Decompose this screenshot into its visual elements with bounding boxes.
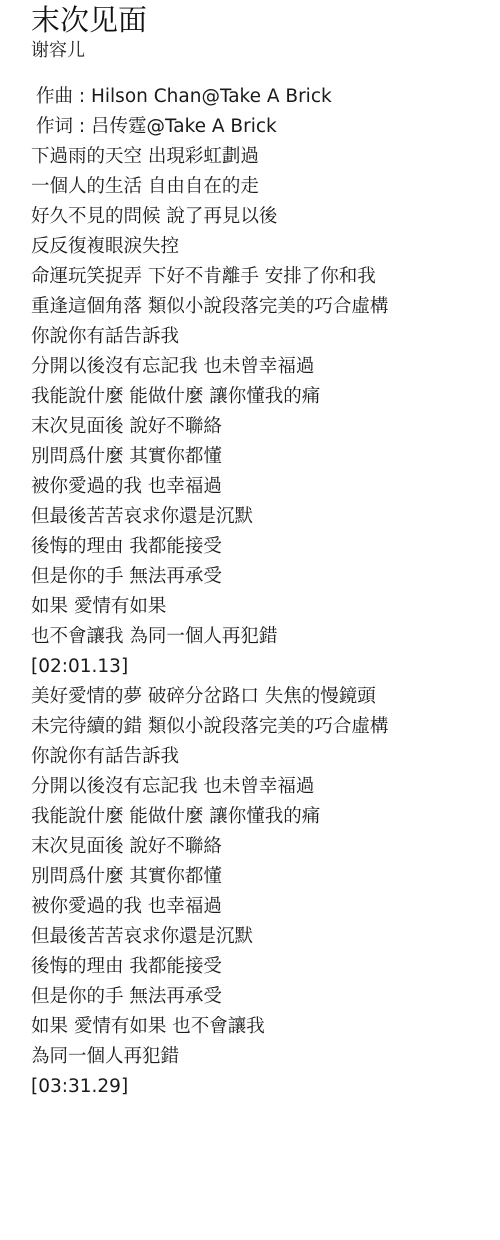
lyric-line: 別問爲什麼 其實你都懂 [31, 442, 491, 472]
lyric-line: 但是你的手 無法再承受 [31, 562, 491, 592]
lyric-line: 重逢這個角落 類似小說段落完美的巧合虛構 [31, 292, 491, 322]
lyric-line: 好久不見的問候 說了再見以後 [31, 202, 491, 232]
credit-lyricist: 作词 : 吕传霆@Take A Brick [31, 112, 491, 142]
timestamp: [03:31.29] [31, 1072, 491, 1102]
lyric-line: 我能說什麼 能做什麼 讓你懂我的痛 [31, 802, 491, 832]
credit-composer: 作曲 : Hilson Chan@Take A Brick [31, 82, 491, 112]
lyric-line: 分開以後沒有忘記我 也未曾幸福過 [31, 772, 491, 802]
lyric-line: 命運玩笑捉弄 下好不肯離手 安排了你和我 [31, 262, 491, 292]
lyric-line: 反反復複眼淚失控 [31, 232, 491, 262]
song-title: 末次见面 [31, 2, 491, 38]
lyric-line: 也不會讓我 為同一個人再犯錯 [31, 622, 491, 652]
lyric-line: 一個人的生活 自由自在的走 [31, 172, 491, 202]
lyric-line: 未完待續的錯 類似小說段落完美的巧合虛構 [31, 712, 491, 742]
lyric-line: 為同一個人再犯錯 [31, 1042, 491, 1072]
lyric-line: 美好愛情的夢 破碎分岔路口 失焦的慢鏡頭 [31, 682, 491, 712]
lyrics-body: 作曲 : Hilson Chan@Take A Brick 作词 : 吕传霆@T… [31, 82, 491, 1102]
lyric-line: 後悔的理由 我都能接受 [31, 952, 491, 982]
lyric-line: 但最後苦苦哀求你還是沉默 [31, 922, 491, 952]
lyric-line: 但最後苦苦哀求你還是沉默 [31, 502, 491, 532]
lyric-line: 我能說什麼 能做什麼 讓你懂我的痛 [31, 382, 491, 412]
lyric-line: 分開以後沒有忘記我 也未曾幸福過 [31, 352, 491, 382]
lyric-line: 如果 愛情有如果 [31, 592, 491, 622]
lyric-line: 被你愛過的我 也幸福過 [31, 472, 491, 502]
lyric-line: 末次見面後 說好不聯絡 [31, 832, 491, 862]
lyric-line: 但是你的手 無法再承受 [31, 982, 491, 1012]
lyrics-page: 末次见面 谢容儿 作曲 : Hilson Chan@Take A Brick 作… [31, 0, 491, 1102]
lyric-line: 下過雨的天空 出現彩虹劃過 [31, 142, 491, 172]
lyric-line: 被你愛過的我 也幸福過 [31, 892, 491, 922]
lyric-line: 你說你有話告訴我 [31, 322, 491, 352]
lyric-line: 如果 愛情有如果 也不會讓我 [31, 1012, 491, 1042]
timestamp: [02:01.13] [31, 652, 491, 682]
song-artist: 谢容儿 [31, 38, 491, 64]
lyric-line: 後悔的理由 我都能接受 [31, 532, 491, 562]
lyric-line: 別問爲什麼 其實你都懂 [31, 862, 491, 892]
lyric-line: 末次見面後 說好不聯絡 [31, 412, 491, 442]
lyric-line: 你說你有話告訴我 [31, 742, 491, 772]
